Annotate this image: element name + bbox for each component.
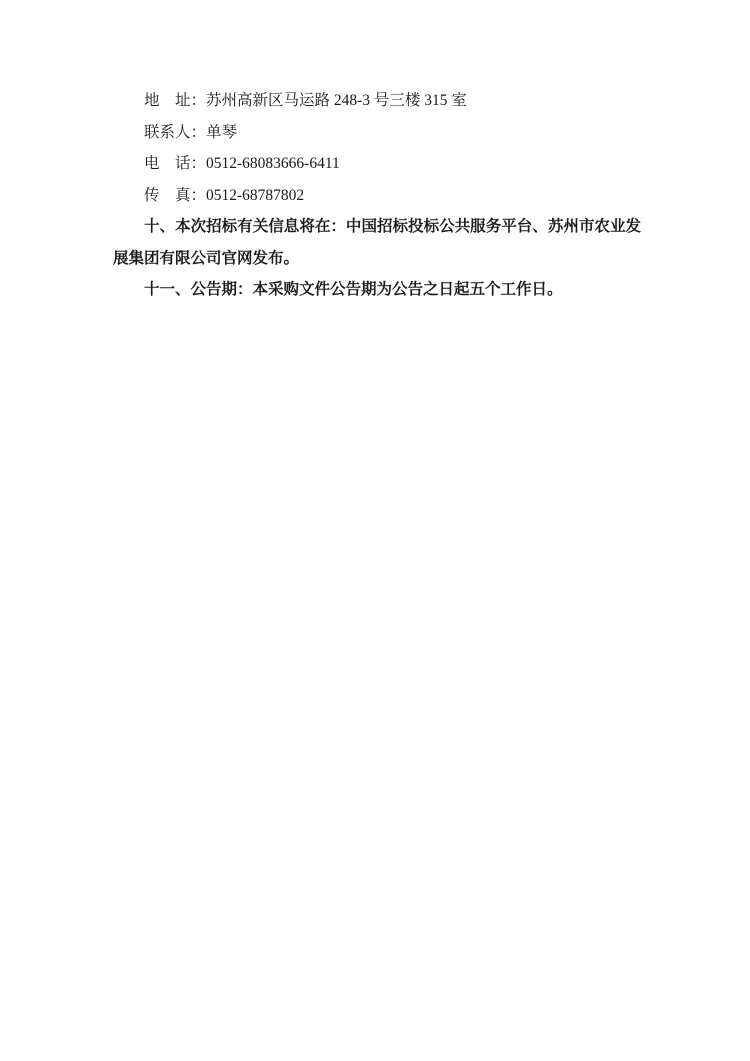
document-page: 地 址：苏州高新区马运路 248-3 号三楼 315 室 联系人：单琴 电 话：…: [0, 0, 750, 1061]
info-release-paragraph: 十、本次招标有关信息将在：中国招标投标公共服务平台、苏州市农业发展集团有限公司官…: [113, 211, 641, 274]
address-line: 地 址：苏州高新区马运路 248-3 号三楼 315 室: [113, 85, 641, 117]
phone-line: 电 话：0512-68083666-6411: [113, 148, 641, 180]
contact-person-line: 联系人：单琴: [113, 117, 641, 149]
fax-line: 传 真：0512-68787802: [113, 180, 641, 212]
document-body: 地 址：苏州高新区马运路 248-3 号三楼 315 室 联系人：单琴 电 话：…: [113, 85, 641, 306]
announcement-period-paragraph: 十一、公告期：本采购文件公告期为公告之日起五个工作日。: [113, 274, 641, 306]
